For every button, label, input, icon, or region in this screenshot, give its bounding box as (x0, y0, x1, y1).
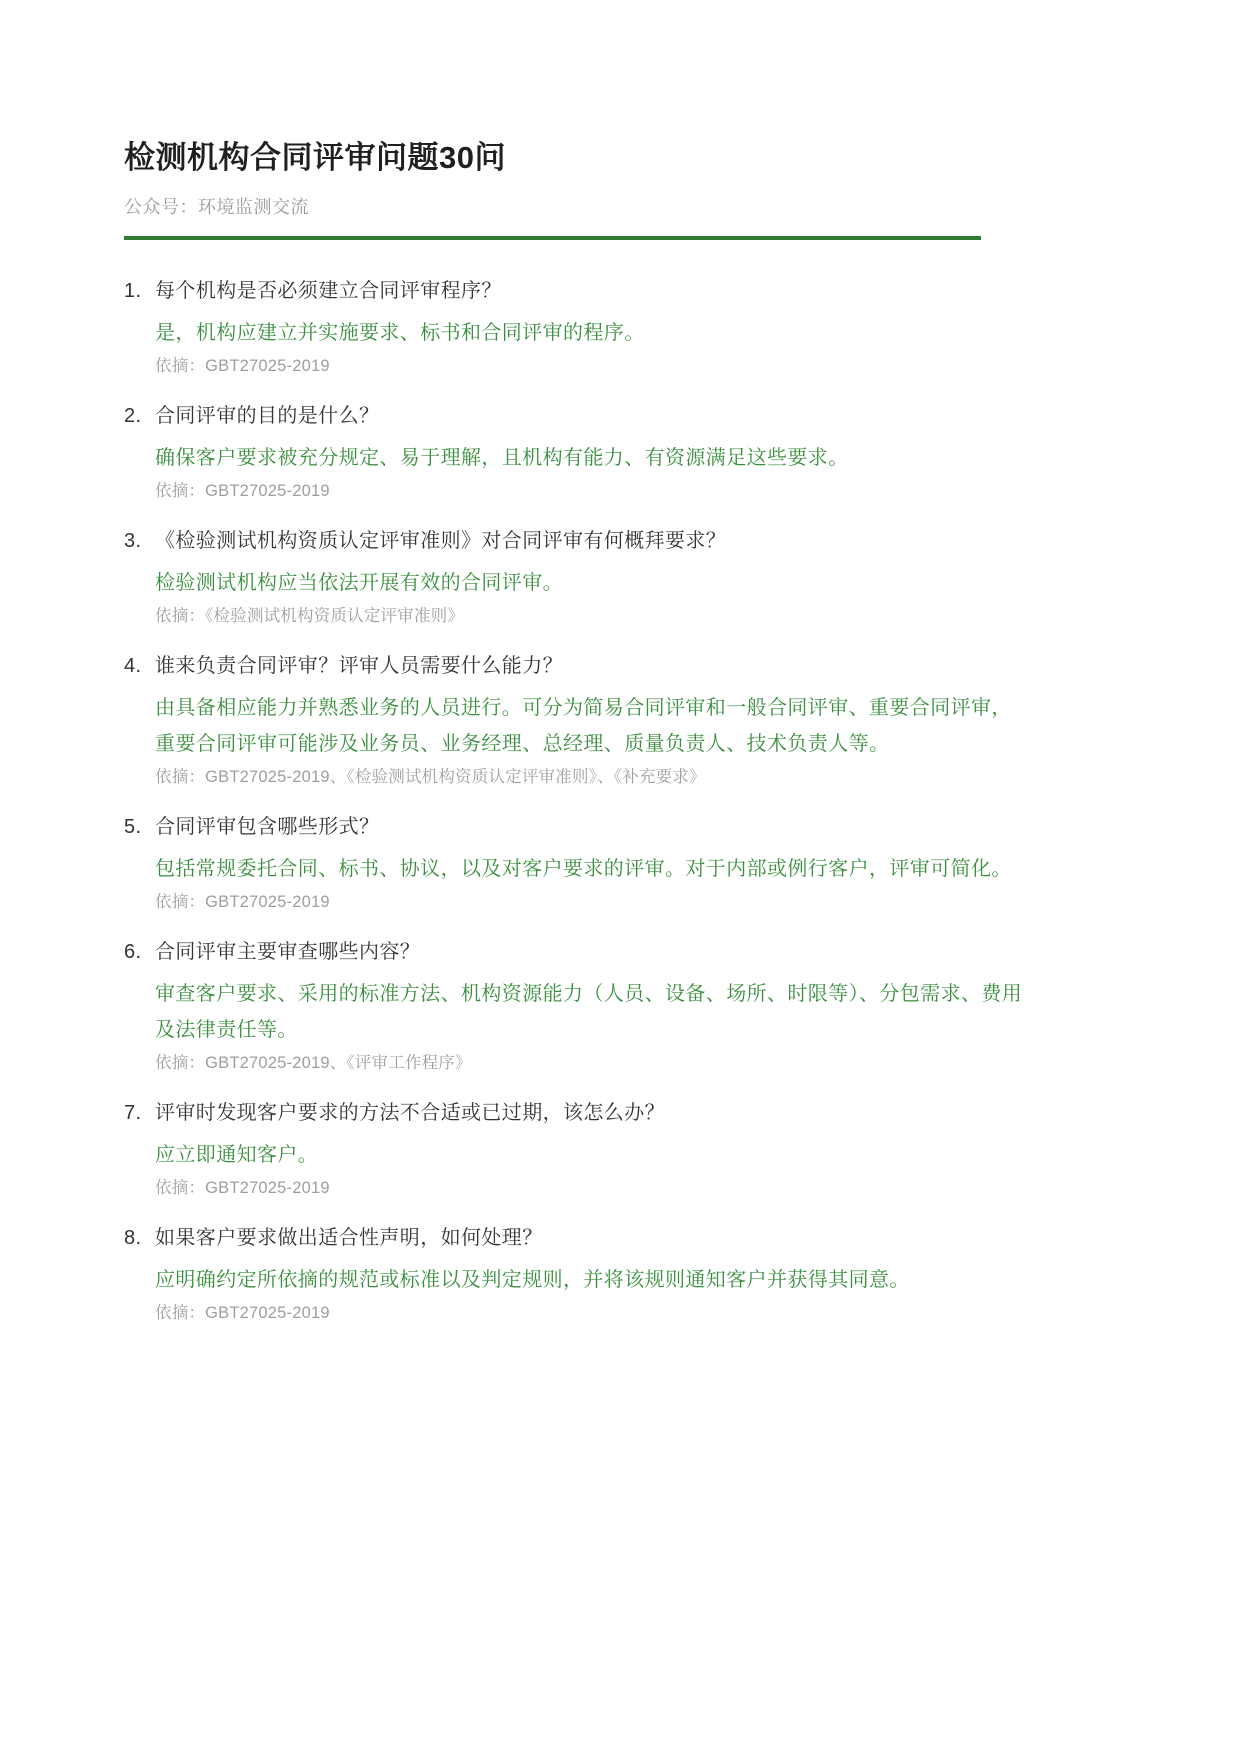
reference-text: 依摘：《检验测试机构资质认定评审准则》 (155, 605, 1054, 629)
question-row: 4. 谁来负责合同评审？评审人员需要什么能力？ (124, 651, 1054, 681)
question-number: 5. (124, 812, 155, 842)
qa-item-8: 8. 如果客户要求做出适合性声明，如何处理？ 应明确约定所依摘的规范或标准以及判… (124, 1223, 1054, 1326)
question-row: 5. 合同评审包含哪些形式？ (124, 812, 1054, 842)
subtitle-account-name: 公众号：环境监测交流 (124, 194, 1117, 221)
qa-item-3: 3. 《检验测试机构资质认定评审准则》对合同评审有何概拜要求？ 检验测试机构应当… (124, 526, 1054, 629)
reference-text: 依摘：GBT27025-2019 (155, 355, 1054, 379)
question-number: 2. (124, 401, 155, 431)
question-text: 合同评审的目的是什么？ (155, 401, 1054, 431)
qa-item-5: 5. 合同评审包含哪些形式？ 包括常规委托合同、标书、协议，以及对客户要求的评审… (124, 812, 1054, 915)
question-row: 7. 评审时发现客户要求的方法不合适或已过期，该怎么办？ (124, 1098, 1054, 1128)
answer-text: 是，机构应建立并实施要求、标书和合同评审的程序。 (155, 315, 1023, 351)
answer-text: 审查客户要求、采用的标准方法、机构资源能力（人员、设备、场所、时限等）、分包需求… (155, 976, 1023, 1048)
answer-text: 由具备相应能力并熟悉业务的人员进行。可分为简易合同评审和一般合同评审、重要合同评… (155, 690, 1023, 762)
document-page: 检测机构合同评审问题30问 公众号：环境监测交流 1. 每个机构是否必须建立合同… (0, 0, 1241, 1754)
question-number: 7. (124, 1098, 155, 1128)
question-number: 6. (124, 937, 155, 967)
question-text: 每个机构是否必须建立合同评审程序？ (155, 276, 1054, 306)
question-row: 8. 如果客户要求做出适合性声明，如何处理？ (124, 1223, 1054, 1253)
answer-text: 应明确约定所依摘的规范或标准以及判定规则，并将该规则通知客户并获得其同意。 (155, 1262, 1023, 1298)
reference-text: 依摘：GBT27025-2019 (155, 1177, 1054, 1201)
question-number: 1. (124, 276, 155, 306)
answer-text: 确保客户要求被充分规定、易于理解，且机构有能力、有资源满足这些要求。 (155, 440, 1023, 476)
reference-text: 依摘：GBT27025-2019、《评审工作程序》 (155, 1052, 1054, 1076)
qa-list: 1. 每个机构是否必须建立合同评审程序？ 是，机构应建立并实施要求、标书和合同评… (124, 276, 1054, 1325)
answer-text: 应立即通知客户。 (155, 1137, 1023, 1173)
question-text: 合同评审包含哪些形式？ (155, 812, 1054, 842)
qa-item-6: 6. 合同评审主要审查哪些内容？ 审查客户要求、采用的标准方法、机构资源能力（人… (124, 937, 1054, 1076)
question-number: 3. (124, 526, 155, 556)
reference-text: 依摘：GBT27025-2019、《检验测试机构资质认定评审准则》、《补充要求》 (155, 766, 1054, 790)
question-row: 1. 每个机构是否必须建立合同评审程序？ (124, 276, 1054, 306)
page-title: 检测机构合同评审问题30问 (124, 138, 1117, 178)
reference-text: 依摘：GBT27025-2019 (155, 480, 1054, 504)
green-divider (124, 236, 981, 240)
qa-item-7: 7. 评审时发现客户要求的方法不合适或已过期，该怎么办？ 应立即通知客户。 依摘… (124, 1098, 1054, 1201)
qa-item-2: 2. 合同评审的目的是什么？ 确保客户要求被充分规定、易于理解，且机构有能力、有… (124, 401, 1054, 504)
question-text: 谁来负责合同评审？评审人员需要什么能力？ (155, 651, 1054, 681)
answer-text: 包括常规委托合同、标书、协议，以及对客户要求的评审。对于内部或例行客户，评审可简… (155, 851, 1023, 887)
reference-text: 依摘：GBT27025-2019 (155, 1302, 1054, 1326)
question-text: 评审时发现客户要求的方法不合适或已过期，该怎么办？ (155, 1098, 1054, 1128)
qa-item-1: 1. 每个机构是否必须建立合同评审程序？ 是，机构应建立并实施要求、标书和合同评… (124, 276, 1054, 379)
question-row: 2. 合同评审的目的是什么？ (124, 401, 1054, 431)
question-number: 4. (124, 651, 155, 681)
question-text: 合同评审主要审查哪些内容？ (155, 937, 1054, 967)
question-row: 3. 《检验测试机构资质认定评审准则》对合同评审有何概拜要求？ (124, 526, 1054, 556)
reference-text: 依摘：GBT27025-2019 (155, 891, 1054, 915)
question-text: 《检验测试机构资质认定评审准则》对合同评审有何概拜要求？ (155, 526, 1054, 556)
answer-text: 检验测试机构应当依法开展有效的合同评审。 (155, 565, 1023, 601)
question-number: 8. (124, 1223, 155, 1253)
question-text: 如果客户要求做出适合性声明，如何处理？ (155, 1223, 1054, 1253)
qa-item-4: 4. 谁来负责合同评审？评审人员需要什么能力？ 由具备相应能力并熟悉业务的人员进… (124, 651, 1054, 790)
question-row: 6. 合同评审主要审查哪些内容？ (124, 937, 1054, 967)
